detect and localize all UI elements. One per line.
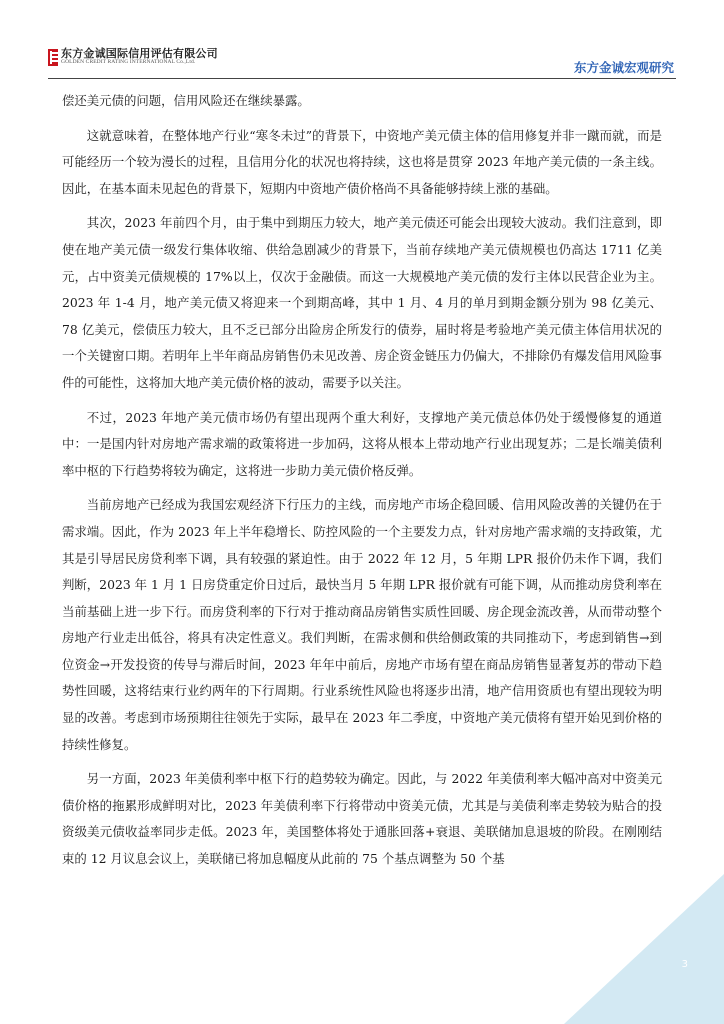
logo-mark-icon [48,49,58,66]
paragraph: 偿还美元债的问题，信用风险还在继续暴露。 [62,88,662,115]
paragraph: 当前房地产已经成为我国宏观经济下行压力的主线，而房地产市场企稳回暖、信用风险改善… [62,492,662,758]
corner-decoration [564,874,724,1024]
paragraph: 其次，2023 年前四个月，由于集中到期压力较大，地产美元债还可能会出现较大波动… [62,210,662,396]
company-logo: 东方金诚国际信用评估有限公司 GOLDEN CREDIT RATING INTE… [48,48,218,66]
page-header: 东方金诚国际信用评估有限公司 GOLDEN CREDIT RATING INTE… [48,48,676,79]
paragraph: 另一方面，2023 年美债利率中枢下行的趋势较为确定。因此，与 2022 年美债… [62,766,662,872]
company-name-en: GOLDEN CREDIT RATING INTERNATIONAL Co.,L… [61,60,218,66]
section-title: 东方金诚宏观研究 [574,58,674,76]
paragraph: 这就意味着，在整体地产行业“寒冬未过”的背景下，中资地产美元债主体的信用修复并非… [62,123,662,203]
document-body: 偿还美元债的问题，信用风险还在继续暴露。 这就意味着，在整体地产行业“寒冬未过”… [62,88,662,881]
company-name-cn: 东方金诚国际信用评估有限公司 [61,48,218,59]
page-number: 3 [682,959,688,970]
paragraph: 不过，2023 年地产美元债市场仍有望出现两个重大利好，支撑地产美元债总体仍处于… [62,405,662,485]
